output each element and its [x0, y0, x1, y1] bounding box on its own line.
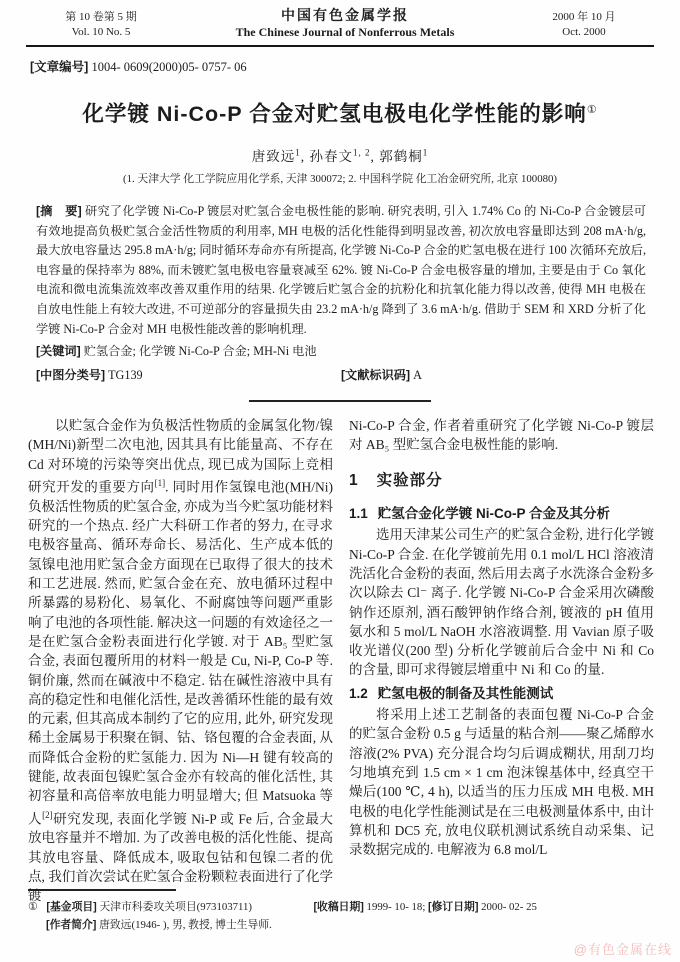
paper-title-text: 化学镀 Ni-Co-P 合金对贮氢电极电化学性能的影响	[82, 102, 586, 126]
section-1-2-number: 1.2	[349, 686, 368, 701]
abstract-body-divider	[249, 400, 431, 402]
section-1-1-paragraph: 选用天津某公司生产的贮氢合金粉, 进行化学镀 Ni-Co-P 合金. 在化学镀前…	[349, 525, 654, 679]
keywords-label: [关键词]	[36, 344, 81, 358]
document-code-value: A	[413, 368, 422, 382]
section-1-2-heading: 1.2贮氢电极的制备及其性能测试	[349, 684, 654, 703]
classification-line: [中图分类号] TG139 [文献标识码] A	[36, 365, 646, 386]
site-watermark: @有色金属在线	[574, 939, 672, 958]
body-columns: 以贮氢合金作为负极活性物质的金属氢化物/镍(MH/Ni)新型二次电池, 因其具有…	[28, 416, 654, 905]
section-1-1-title: 贮氢合金化学镀 Ni-Co-P 合金及其分析	[378, 506, 610, 521]
fund-label: [基金项目]	[46, 901, 96, 913]
author-bio-label: [作者简介]	[46, 919, 96, 931]
keywords-line: [关键词] 贮氢合金; 化学镀 Ni-Co-P 合金; MH-Ni 电池	[36, 341, 646, 362]
reference-1: [1]	[155, 478, 166, 488]
author-1: 唐致远1,	[252, 149, 310, 164]
author-2: 孙春文1, 2,	[310, 149, 380, 164]
section-1-1-heading: 1.1贮氢合金化学镀 Ni-Co-P 合金及其分析	[349, 504, 654, 523]
article-number-label: [文章编号]	[30, 60, 88, 74]
author-line: 唐致远1, 孙春文1, 2, 郭鹤桐1	[0, 145, 680, 165]
section-1-title: 实验部分	[377, 472, 443, 489]
document-code: [文献标识码] A	[341, 365, 646, 386]
volume-zh: 第 10 卷第 5 期	[26, 10, 176, 25]
article-number-line: [文章编号] 1004- 0609(2000)05- 0757- 06	[30, 57, 680, 75]
footnote-mark: ①	[28, 901, 38, 913]
journal-header: 第 10 卷第 5 期 Vol. 10 No. 5 中国有色金属学报 The C…	[26, 8, 654, 47]
issue-date-zh: 2000 年 10 月	[514, 10, 654, 25]
section-1-1-number: 1.1	[349, 506, 368, 521]
section-1-heading: 1实验部分	[349, 471, 654, 490]
journal-name-en: The Chinese Journal of Nonferrous Metals	[176, 25, 514, 40]
issue-date-en: Oct. 2000	[514, 25, 654, 40]
author-3: 郭鹤桐1	[379, 149, 428, 164]
article-number-value: 1004- 0609(2000)05- 0757- 06	[91, 60, 246, 74]
document-code-label: [文献标识码]	[341, 368, 410, 382]
title-footnote-mark: ①	[587, 104, 598, 116]
revised-date: 2000- 02- 25	[481, 901, 537, 913]
footnote-line-2: [作者简介] 唐致远(1946- ), 男, 教授, 博士生导师.	[28, 917, 652, 935]
journal-page: 第 10 卷第 5 期 Vol. 10 No. 5 中国有色金属学报 The C…	[0, 0, 680, 962]
footnote-divider	[28, 889, 176, 891]
journal-name-zh: 中国有色金属学报	[176, 8, 514, 25]
clc-number: [中图分类号] TG139	[36, 365, 341, 386]
abstract-block: [摘 要] 研究了化学镀 Ni-Co-P 镀层对贮氢合金电极性能的影响. 研究表…	[36, 202, 646, 339]
reference-2: [2]	[42, 810, 53, 820]
intro-continuation: Ni-Co-P 合金, 作者着重研究了化学镀 Ni-Co-P 镀层对 AB₅ 型…	[349, 416, 654, 455]
section-1-2-title: 贮氢电极的制备及其性能测试	[378, 686, 554, 701]
fund-text: 天津市科委攻关项目(973103711)	[99, 901, 252, 913]
author-bio-text: 唐致远(1946- ), 男, 教授, 博士生导师.	[99, 919, 272, 931]
keywords-text: 贮氢合金; 化学镀 Ni-Co-P 合金; MH-Ni 电池	[84, 344, 317, 358]
section-1-number: 1	[349, 472, 359, 489]
volume-en: Vol. 10 No. 5	[26, 25, 176, 40]
abstract-label: [摘 要]	[36, 204, 82, 218]
received-date: 1999- 10- 18;	[367, 901, 426, 913]
footnote-line-1: ① [基金项目] 天津市科委攻关项目(973103711) [收稿日期] 199…	[28, 899, 652, 917]
clc-value: TG139	[108, 368, 143, 382]
right-column: Ni-Co-P 合金, 作者着重研究了化学镀 Ni-Co-P 镀层对 AB₅ 型…	[349, 416, 654, 905]
paper-title: 化学镀 Ni-Co-P 合金对贮氢电极电化学性能的影响①	[0, 97, 680, 128]
revised-label: [修订日期]	[428, 901, 478, 913]
footnote-block: ① [基金项目] 天津市科委攻关项目(973103711) [收稿日期] 199…	[28, 889, 652, 934]
header-date-block: 2000 年 10 月 Oct. 2000	[514, 10, 654, 40]
clc-label: [中图分类号]	[36, 368, 105, 382]
left-column: 以贮氢合金作为负极活性物质的金属氢化物/镍(MH/Ni)新型二次电池, 因其具有…	[28, 416, 333, 905]
intro-paragraph: 以贮氢合金作为负极活性物质的金属氢化物/镍(MH/Ni)新型二次电池, 因其具有…	[28, 416, 333, 905]
header-journal-block: 中国有色金属学报 The Chinese Journal of Nonferro…	[176, 8, 514, 40]
abstract-text: 研究了化学镀 Ni-Co-P 镀层对贮氢合金电极性能的影响. 研究表明, 引入 …	[36, 204, 646, 336]
section-1-2-paragraph: 将采用上述工艺制备的表面包覆 Ni-Co-P 合金的贮氢合金粉 0.5 g 与适…	[349, 705, 654, 859]
header-volume-block: 第 10 卷第 5 期 Vol. 10 No. 5	[26, 10, 176, 40]
received-label: [收稿日期]	[313, 901, 363, 913]
affiliation-line: (1. 天津大学 化工学院应用化学系, 天津 300072; 2. 中国科学院 …	[0, 171, 680, 186]
